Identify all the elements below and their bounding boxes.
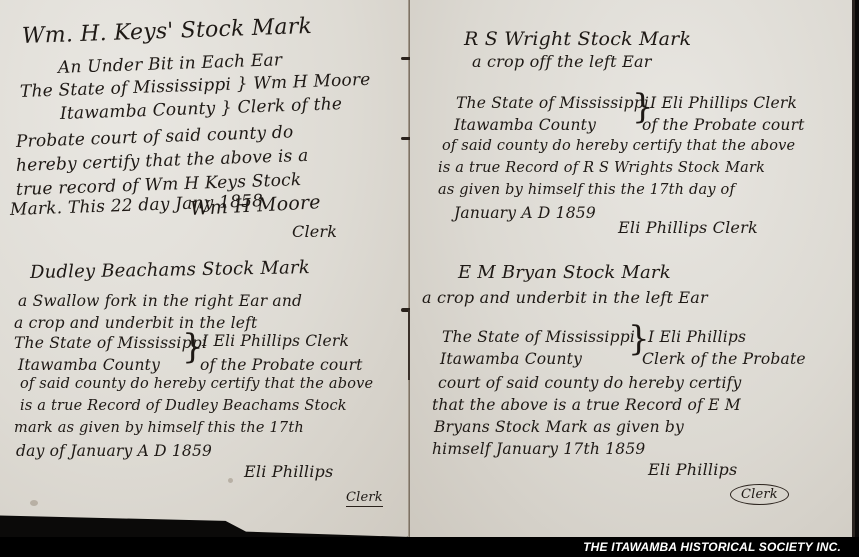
ink-spot	[228, 478, 233, 483]
clerk-name: I Eli Phillips Clerk	[202, 332, 349, 350]
county-line: Itawamba County	[440, 350, 582, 368]
county-line: Itawamba County	[18, 356, 160, 374]
court-line: Clerk of the Probate	[642, 350, 806, 368]
mark-description: a Swallow fork in the right Ear and	[18, 292, 302, 310]
entry-title: R S Wright Stock Mark	[464, 28, 691, 50]
clerk-name: I Eli Phillips	[648, 328, 746, 346]
clerk-title: Clerk	[346, 490, 383, 507]
certification-text: court of said county do hereby certify	[438, 374, 742, 392]
mark-description: a crop and underbit in the left Ear	[422, 288, 708, 307]
state-line: The State of Mississippi	[456, 94, 649, 112]
ink-spot	[30, 500, 38, 506]
clerk-name: I Eli Phillips Clerk	[650, 94, 797, 112]
certification-text: that the above is a true Record of E M	[432, 396, 741, 414]
watermark-caption: THE ITAWAMBA HISTORICAL SOCIETY INC.	[583, 540, 841, 554]
mark-description: a crop and underbit in the left	[14, 314, 258, 332]
clerk-signature: Eli Phillips	[244, 462, 333, 481]
clerk-signature: Eli Phillips Clerk	[618, 218, 758, 237]
certification-text: Bryans Stock Mark as given by	[434, 418, 684, 436]
certification-text: as given by himself this the 17th day of	[438, 182, 735, 198]
entry-title: E M Bryan Stock Mark	[458, 262, 671, 283]
county-line: Itawamba County	[454, 116, 596, 134]
clerk-title: Clerk	[730, 484, 789, 505]
certification-text: of said county do hereby certify that th…	[20, 376, 373, 392]
state-line: The State of Mississippi	[14, 334, 207, 352]
certification-text: day of January A D 1859	[16, 442, 212, 460]
certification-text: January A D 1859	[454, 204, 596, 222]
right-page: R S Wright Stock Mark a crop off the lef…	[410, 0, 855, 537]
certification-text: of said county do hereby certify that th…	[442, 138, 795, 154]
certification-text: is a true Record of R S Wrights Stock Ma…	[438, 160, 765, 176]
ledger-photo: Wm. H. Keys' Stock Mark An Under Bit in …	[0, 0, 859, 557]
clerk-title: Clerk	[292, 222, 337, 241]
mark-description: a crop off the left Ear	[472, 52, 652, 71]
entry-title: Wm. H. Keys' Stock Mark	[22, 14, 313, 49]
certification-text: is a true Record of Dudley Beachams Stoc…	[20, 398, 347, 414]
certification-text: mark as given by himself this the 17th	[14, 420, 304, 436]
left-page: Wm. H. Keys' Stock Mark An Under Bit in …	[0, 0, 410, 537]
court-line: of the Probate court	[642, 116, 805, 134]
entry-title: Dudley Beachams Stock Mark	[30, 257, 310, 283]
state-line: The State of Mississippi	[442, 328, 635, 346]
certification-text: himself January 17th 1859	[432, 440, 645, 458]
court-line: of the Probate court	[200, 356, 363, 374]
clerk-signature: Eli Phillips	[648, 460, 737, 479]
